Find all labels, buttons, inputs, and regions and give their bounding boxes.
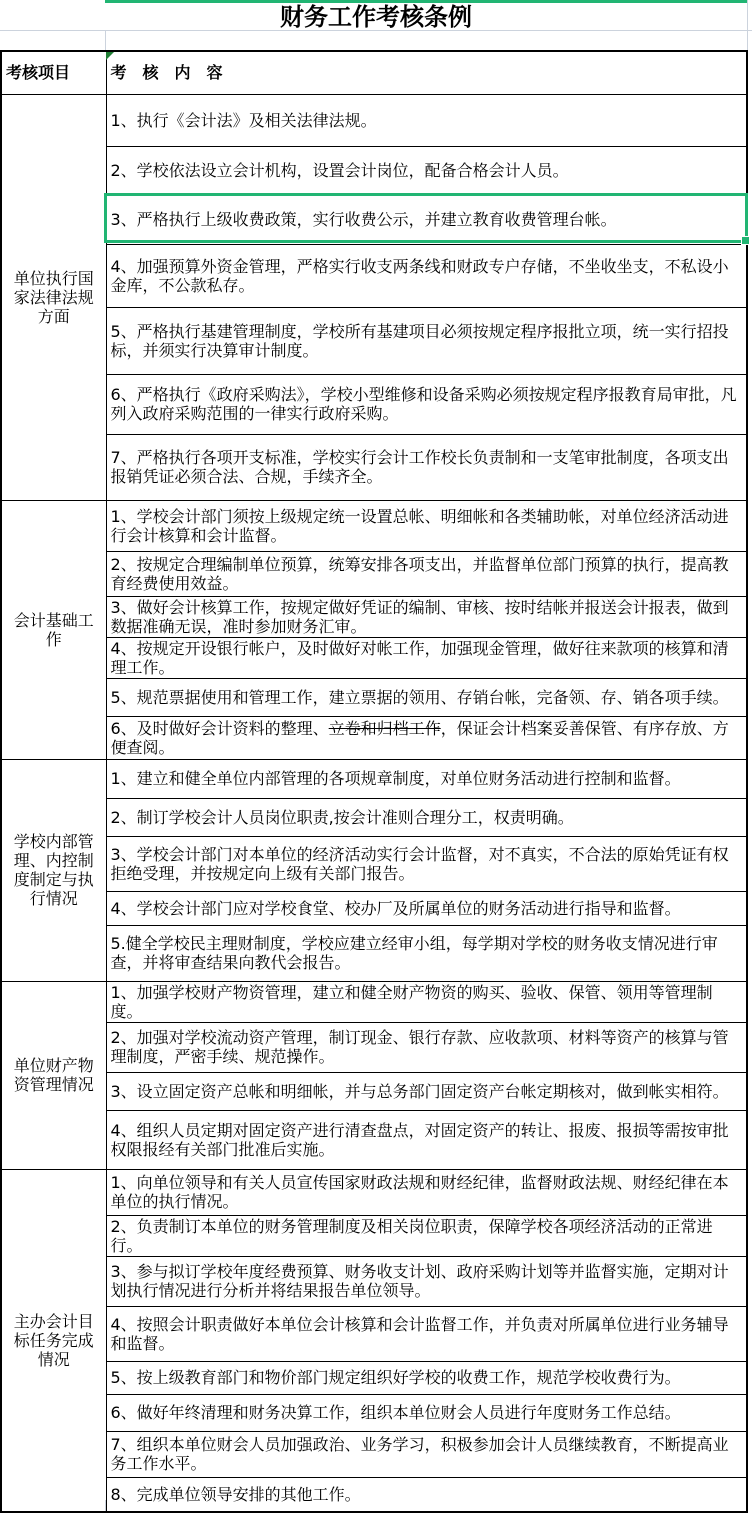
item-text-struck: 立卷和归档工作 <box>329 719 441 738</box>
section-label-chief-accountant[interactable]: 主办会计目标任务完成情况 <box>1 1169 106 1512</box>
item-text: 6、及时做好会计资料的整理、 <box>111 719 329 738</box>
item-cell[interactable]: 7、组织本单位财会人员加强政治、业务学习，积极参加会计人员继续教育，不断提高业务… <box>106 1431 747 1477</box>
gridline-vertical <box>105 31 106 50</box>
header-cell-item[interactable]: 考核项目 <box>1 51 106 94</box>
item-cell[interactable]: 2、学校依法设立会计机构，设置会计岗位，配备合格会计人员。 <box>106 146 747 194</box>
item-cell[interactable]: 2、负责制订本单位的财务管理制度及相关岗位职责，保障学校各项经济活动的正常进行。 <box>106 1215 747 1256</box>
item-cell[interactable]: 5、严格执行基建管理制度，学校所有基建项目必须按规定程序报批立项，统一实行招投标… <box>106 307 747 374</box>
item-cell[interactable]: 7、严格执行各项开支标准，学校实行会计工作校长负责制和一支笔审批制度，各项支出报… <box>106 434 747 500</box>
section-label-laws[interactable]: 单位执行国家法律法规方面 <box>1 94 106 500</box>
item-cell[interactable]: 4、按照会计职责做好本单位会计核算和会计监督工作，并负责对所属单位进行业务辅导和… <box>106 1306 747 1361</box>
section-label-property[interactable]: 单位财产物资管理情况 <box>1 981 106 1169</box>
item-cell[interactable]: 4、按规定开设银行帐户，及时做好对帐工作，加强现金管理，做好往来款项的核算和清理… <box>106 637 747 678</box>
item-cell[interactable]: 6、严格执行《政府采购法》，学校小型维修和设备采购必须按规定程序报教育局审批，凡… <box>106 374 747 434</box>
assessment-table: 考核项目 考 核 内 容 单位执行国家法律法规方面 1、执行《会计法》及相关法律… <box>0 50 748 1513</box>
item-cell-selected[interactable]: 3、严格执行上级收费政策，实行收费公示，并建立教育收费管理台帐。 <box>106 194 747 244</box>
item-cell[interactable]: 5、规范票据使用和管理工作，建立票据的领用、存销台帐，完备领、存、销各项手续。 <box>106 678 747 716</box>
item-cell[interactable]: 5、按上级教育部门和物价部门规定组织好学校的收费工作，规范学校收费行为。 <box>106 1361 747 1394</box>
spreadsheet-canvas: 财务工作考核条例 考核项目 考 核 内 容 单位执行国家法律法规方面 1、执行《… <box>0 0 752 1518</box>
item-cell[interactable]: 4、学校会计部门应对学校食堂、校办厂及所属单位的财务活动进行指导和监督。 <box>106 891 747 925</box>
sheet-title[interactable]: 财务工作考核条例 <box>0 2 752 32</box>
item-cell[interactable]: 8、完成单位领导安排的其他工作。 <box>106 1477 747 1512</box>
item-cell[interactable]: 1、学校会计部门须按上级规定统一设置总帐、明细帐和各类辅助帐，对单位经济活动进行… <box>106 500 747 551</box>
item-cell[interactable]: 2、加强对学校流动资产管理，制订现金、银行存款、应收款项、材料等资产的核算与管理… <box>106 1022 747 1072</box>
item-cell[interactable]: 5.健全学校民主理财制度，学校应建立经审小组，每学期对学校的财务收支情况进行审查… <box>106 925 747 981</box>
item-cell[interactable]: 3、学校会计部门对本单位的经济活动实行会计监督，对不真实，不合法的原始凭证有权拒… <box>106 836 747 891</box>
section-label-internal-control[interactable]: 学校内部管理、内控制度制定与执行情况 <box>1 759 106 981</box>
item-cell[interactable]: 2、按规定合理编制单位预算，统筹安排各项支出，并监督单位部门预算的执行，提高教育… <box>106 551 747 596</box>
item-cell[interactable]: 6、做好年终清理和财务决算工作，组织本单位财会人员进行年度财务工作总结。 <box>106 1394 747 1431</box>
section-label-accounting-basics[interactable]: 会计基础工作 <box>1 500 106 759</box>
item-cell[interactable]: 1、向单位领导和有关人员宣传国家财政法规和财经纪律，监督财政法规、财经纪律在本单… <box>106 1169 747 1215</box>
item-cell[interactable]: 1、加强学校财产物资管理，建立和健全财产物资的购买、验收、保管、领用等管理制度。 <box>106 981 747 1022</box>
item-cell[interactable]: 6、及时做好会计资料的整理、立卷和归档工作，保证会计档案妥善保管、有序存放、方便… <box>106 716 747 759</box>
item-cell[interactable]: 4、加强预算外资金管理，严格实行收支两条线和财政专户存储，不坐收坐支，不私设小金… <box>106 244 747 307</box>
gridline-horizontal <box>0 30 752 31</box>
comment-indicator-triangle <box>106 52 114 60</box>
item-cell[interactable]: 3、做好会计核算工作，按规定做好凭证的编制、审核、按时结帐并报送会计报表，做到数… <box>106 596 747 637</box>
item-cell[interactable]: 4、组织人员定期对固定资产进行清查盘点，对固定资产的转让、报废、报损等需按审批权… <box>106 1110 747 1169</box>
gridline-vertical <box>747 0 748 50</box>
item-cell[interactable]: 1、建立和健全单位内部管理的各项规章制度，对单位财务活动进行控制和监督。 <box>106 759 747 798</box>
item-cell[interactable]: 3、设立固定资产总帐和明细帐，并与总务部门固定资产台帐定期核对，做到帐实相符。 <box>106 1072 747 1110</box>
item-cell[interactable]: 2、制订学校会计人员岗位职责,按会计准则合理分工，权责明确。 <box>106 798 747 836</box>
header-cell-content[interactable]: 考 核 内 容 <box>106 51 747 94</box>
item-cell[interactable]: 3、参与拟订学校年度经费预算、财务收支计划、政府采购计划等并监督实施，定期对计划… <box>106 1256 747 1306</box>
item-cell[interactable]: 1、执行《会计法》及相关法律法规。 <box>106 94 747 146</box>
